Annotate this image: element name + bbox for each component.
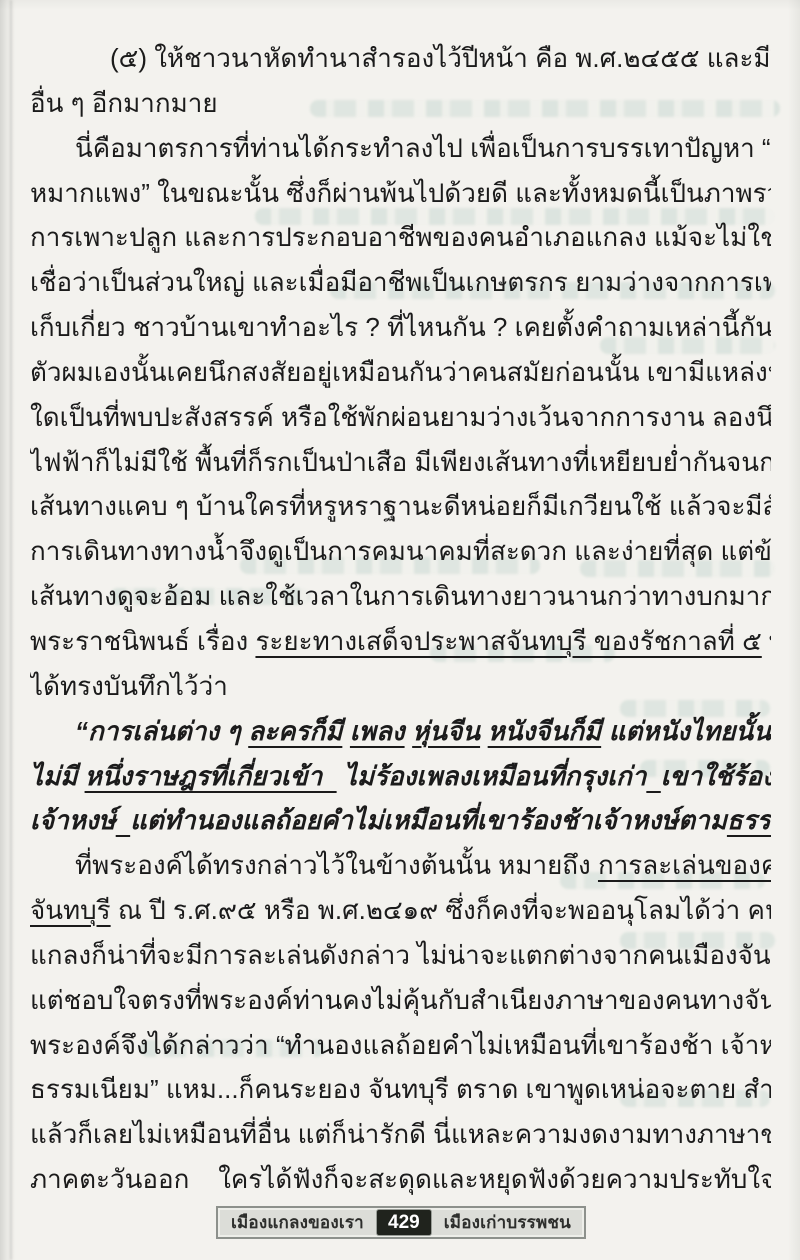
text-line: ธรรมเนียม” แหม...ก็คนระยอง จันทบุรี ตราด… [30, 1067, 771, 1112]
text-line: ไฟฟ้าก็ไม่มีใช้ พื้นที่ก็รกเป็นป่าเสือ ม… [30, 440, 771, 485]
text-segment: ที่พระองค์ได้ทรงกล่าวไว้ในข้างต้นนั้น หม… [75, 850, 598, 880]
text-line: (๕) ให้ชาวนาหัดทำนาสำรองไว้ปีหน้า คือ พ.… [30, 36, 771, 81]
text-segment: การเดินทางทางน้ำจึงดูเป็นการคมนาคมที่สะด… [30, 536, 771, 566]
underlined-text: หุ่นจีน [412, 716, 480, 746]
text-segment: แกลงก็น่าที่จะมีการละเล่นดังกล่าว ไม่น่า… [30, 940, 771, 970]
text-line: จันทบุรี ณ ปี ร.ศ.๙๕ หรือ พ.ศ.๒๔๑๙ ซึ่งก… [30, 888, 771, 933]
text-segment: พระราชนิพนธ์ เรื่อง [30, 626, 255, 656]
text-line: พระองค์จึงได้กล่าวว่า “ทำนองแลถ้อยคำไม่เ… [30, 1023, 771, 1068]
text-segment: แล้วก็เลยไม่เหมือนที่อื่น แต่ก็น่ารักดี … [30, 1119, 771, 1149]
text-segment: ใดเป็นที่พบปะสังสรรค์ หรือใช้พักผ่อนยามว… [30, 402, 771, 432]
underlined-text: หนึ่งราษฎรที่เกี่ยวเข้า [85, 761, 337, 791]
page-number-badge: 429 [377, 1210, 431, 1235]
text-line: เส้นทางดูจะอ้อม และใช้เวลาในการเดินทางยา… [30, 574, 771, 619]
text-segment [342, 716, 350, 746]
text-line: ภาคตะวันออก ใครได้ฟังก็จะสะดุดและหยุดฟัง… [30, 1157, 771, 1202]
underlined-text: การละเล่นของคนเมือง [598, 850, 771, 880]
text-segment: ณ ปี ร.ศ.๙๕ หรือ พ.ศ.๒๔๑๙ ซึ่งก็คงที่จะพ… [111, 895, 771, 925]
text-segment: อื่น ๆ อีกมากมาย [30, 88, 218, 118]
text-line: ที่พระองค์ได้ทรงกล่าวไว้ในข้างต้นนั้น หม… [30, 843, 771, 888]
text-segment: หมากแพง” ในขณะนั้น ซึ่งก็ผ่านพ้นไปด้วยดี… [30, 178, 771, 208]
scanned-book-page: { "page": { "background_color": "#f3f2ee… [0, 0, 800, 1260]
text-line: อื่น ๆ อีกมากมาย [30, 81, 771, 126]
text-line: ได้ทรงบันทึกไว้ว่า [30, 664, 771, 709]
text-segment: ธรรมเนียม” แหม...ก็คนระยอง จันทบุรี ตราด… [30, 1074, 771, 1104]
text-line: แล้วก็เลยไม่เหมือนที่อื่น แต่ก็น่ารักดี … [30, 1112, 771, 1157]
text-line: เชื่อว่าเป็นส่วนใหญ่ และเมื่อมีอาชีพเป็น… [30, 260, 771, 305]
footer-right-title: เมืองเก่าบรรพชน [444, 1209, 571, 1236]
underlined-text: หนังจีนก็มี [488, 716, 602, 746]
text-segment: เส้นทางดูจะอ้อม และใช้เวลาในการเดินทางยา… [30, 581, 771, 611]
text-line: ไม่มี หนึ่งราษฎรที่เกี่ยวเข้า ไม่ร้องเพล… [30, 754, 771, 799]
footer-left-title: เมืองแกลงของเรา [231, 1209, 364, 1236]
page-footer: เมืองแกลงของเรา 429 เมืองเก่าบรรพชน [216, 1206, 586, 1239]
text-line: แต่ชอบใจตรงที่พระองค์ท่านคงไม่คุ้นกับสำเ… [30, 978, 771, 1023]
text-segment: ไม่ร้องเพลงเหมือนที่กรุงเก่า [337, 761, 647, 791]
page-gutter-shadow [10, 0, 12, 1260]
text-line: แกลงก็น่าที่จะมีการละเล่นดังกล่าว ไม่น่า… [30, 933, 771, 978]
text-line: “การเล่นต่าง ๆ ละครก็มี เพลง หุ่นจีน หนั… [30, 709, 771, 754]
text-segment: เขาใช้ร้องช้า [661, 761, 771, 791]
text-segment: แต่ทำนองแลถ้อยคำไม่เหมือนที่เขาร้องช้าเจ… [130, 805, 727, 835]
text-line: การเดินทางทางน้ำจึงดูเป็นการคมนาคมที่สะด… [30, 529, 771, 574]
text-segment: ภาคตะวันออก ใครได้ฟังก็จะสะดุดและหยุดฟัง… [30, 1164, 771, 1194]
text-segment [480, 716, 488, 746]
text-segment: แต่หนังไทยนั้น [601, 716, 771, 746]
text-line: พระราชนิพนธ์ เรื่อง ระยะทางเสด็จประพาสจั… [30, 619, 771, 664]
text-line: ตัวผมเองนั้นเคยนึกสงสัยอยู่เหมือนกันว่าค… [30, 350, 771, 395]
text-line: หมากแพง” ในขณะนั้น ซึ่งก็ผ่านพ้นไปด้วยดี… [30, 171, 771, 216]
text-segment: เจ้าหงษ์ [30, 805, 116, 835]
text-segment: “การเล่นต่าง ๆ [75, 716, 248, 746]
text-line: ใดเป็นที่พบปะสังสรรค์ หรือใช้พักผ่อนยามว… [30, 395, 771, 440]
text-segment: การเพาะปลูก และการประกอบอาชีพของคนอำเภอแ… [30, 222, 771, 252]
underlined-text [646, 761, 660, 791]
text-segment: เก็บเกี่ยว ชาวบ้านเขาทำอะไร ? ที่ไหนกัน … [30, 312, 771, 342]
text-segment: ได้ทรงบันทึกไว้ว่า [30, 671, 228, 701]
text-segment: พระองค์จึงได้กล่าวว่า “ทำนองแลถ้อยคำไม่เ… [30, 1030, 771, 1060]
underlined-text: เพลง [350, 716, 405, 746]
underlined-text: ละครก็มี [248, 716, 342, 746]
underlined-text: ธรรมเนียม [727, 805, 771, 835]
text-segment: ไม่มี [30, 761, 85, 791]
text-segment: แต่ชอบใจตรงที่พระองค์ท่านคงไม่คุ้นกับสำเ… [30, 985, 771, 1015]
text-segment: นี่คือมาตรการที่ท่านได้กระทำลงไป เพื่อเป… [75, 133, 771, 163]
text-line: เส้นทางแคบ ๆ บ้านใครที่หรูหราฐานะดีหน่อย… [30, 484, 771, 529]
text-segment: ตัวผมเองนั้นเคยนึกสงสัยอยู่เหมือนกันว่าค… [30, 357, 771, 387]
text-line: นี่คือมาตรการที่ท่านได้กระทำลงไป เพื่อเป… [30, 126, 771, 171]
text-line: เจ้าหงษ์ แต่ทำนองแลถ้อยคำไม่เหมือนที่เขา… [30, 798, 771, 843]
underlined-text: ระยะทางเสด็จประพาสจันทบุรี ของรัชกาลที่ … [255, 626, 761, 656]
underlined-text [116, 805, 130, 835]
text-line: เก็บเกี่ยว ชาวบ้านเขาทำอะไร ? ที่ไหนกัน … [30, 305, 771, 350]
text-segment: เส้นทางแคบ ๆ บ้านใครที่หรูหราฐานะดีหน่อย… [30, 491, 771, 521]
underlined-text: จันทบุรี [30, 895, 111, 925]
text-segment: พระองค์ [762, 626, 771, 656]
text-block: (๕) ให้ชาวนาหัดทำนาสำรองไว้ปีหน้า คือ พ.… [30, 36, 771, 1202]
text-line: การเพาะปลูก และการประกอบอาชีพของคนอำเภอแ… [30, 215, 771, 260]
text-segment: (๕) ให้ชาวนาหัดทำนาสำรองไว้ปีหน้า คือ พ.… [110, 43, 771, 73]
text-segment: ไฟฟ้าก็ไม่มีใช้ พื้นที่ก็รกเป็นป่าเสือ ม… [30, 447, 771, 477]
text-segment: เชื่อว่าเป็นส่วนใหญ่ และเมื่อมีอาชีพเป็น… [30, 267, 771, 297]
